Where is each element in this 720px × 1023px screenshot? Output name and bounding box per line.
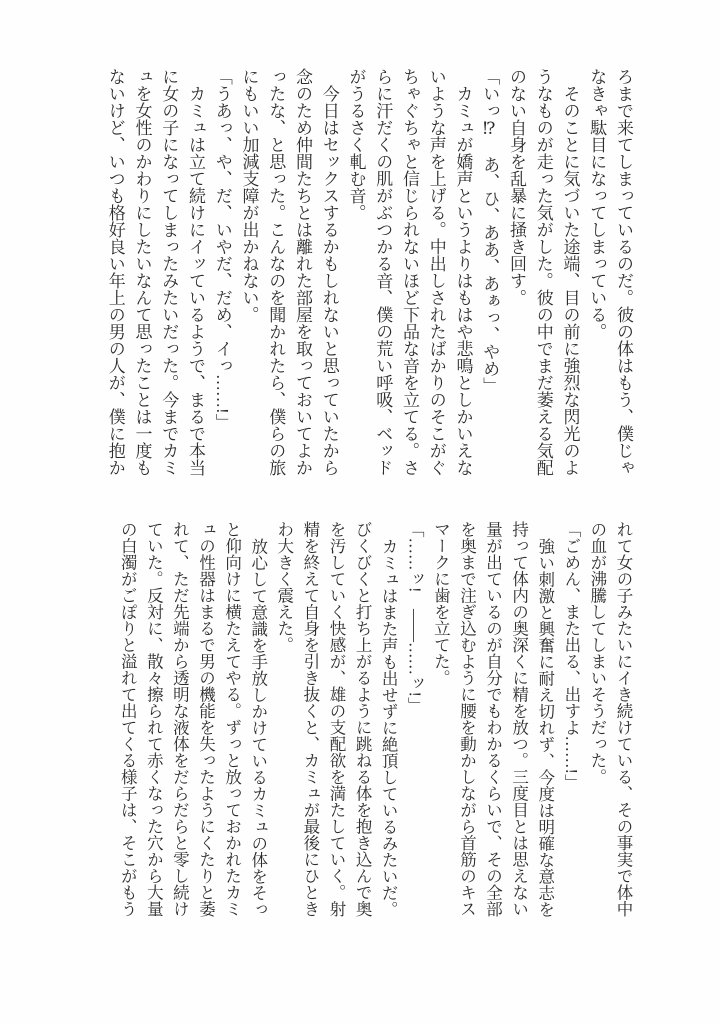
book-page: ろまで来てしまっているのだ。彼の体はもう、僕じゃ なきゃ駄目になってしまっている… <box>0 0 720 1023</box>
text-line: にもいい加減支障が出かねない。 <box>235 68 262 482</box>
text-line: ていた。反対に、散々擦られて赤くなった穴から大量 <box>140 521 166 923</box>
text-line: に女の子になってしまったみたいだった。今までカミ <box>155 68 182 482</box>
text-line: カミュが嬌声というよりはもはや悲鳴としかいえな <box>449 68 476 482</box>
text-line: の白濁がごぽりと溢れて出てくる様子は、そこがもう <box>114 521 140 923</box>
text-line: 今日はセックスするかもしれないと思っていたから <box>315 68 342 482</box>
text-line: を汚していく快感が、雄の支配欲を満たしていく。射 <box>323 521 349 923</box>
text-line: わ大きく震えた。 <box>271 521 297 923</box>
text-line: うなものが走った気がした。彼の中でまだ萎える気配 <box>529 68 556 482</box>
text-line: れて、ただ先端から透明な液体をだらだらと零し続け <box>166 521 192 923</box>
text-line: ないけど、いつも格好良い年上の男の人が、僕に抱か <box>101 68 128 482</box>
top-text-block: ろまで来てしまっているのだ。彼の体はもう、僕じゃ なきゃ駄目になってしまっている… <box>101 68 636 482</box>
text-line: ったな、と思った。こんなのを聞かれたら、僕らの旅 <box>262 68 289 482</box>
text-line: 精を終えて自身を引き抜くと、カミュが最後にひとき <box>297 521 323 923</box>
text-line: なきゃ駄目になってしまっている。 <box>583 68 610 482</box>
text-line: いような声を上げる。中出しされたばかりのそこがぐ <box>422 68 449 482</box>
dialogue-line: 「うあっ、や、だ、いやだ、だめ、イっ……!」 <box>208 68 235 482</box>
dialogue-line: 「ごめん、また出る、出すよ……!」 <box>558 521 584 923</box>
text-line: ちゃぐちゃと信じられないほど下品な音を立てる。さ <box>395 68 422 482</box>
text-line: ろまで来てしまっているのだ。彼の体はもう、僕じゃ <box>609 68 636 482</box>
bottom-text-block: れて女の子みたいにイき続けている、その事実で体中 の血が沸騰してしまいそうだった… <box>114 521 636 923</box>
text-line: の血が沸騰してしまいそうだった。 <box>584 521 610 923</box>
text-line: マークに歯を立てた。 <box>427 521 453 923</box>
text-line: 量が出ているのが自分でもわかるくらいで、その全部 <box>479 521 505 923</box>
text-line: カミュはまた声も出せずに絶頂しているみたいだ。 <box>375 521 401 923</box>
text-line: 念のため仲間たちとは離れた部屋を取っておいてよか <box>288 68 315 482</box>
text-line: がうるさく軋む音。 <box>342 68 369 482</box>
text-line: を奥まで注ぎ込むように腰を動かしながら首筋のキス <box>453 521 479 923</box>
text-line: らに汗だくの肌がぶつかる音、僕の荒い呼吸、ベッド <box>369 68 396 482</box>
text-line: ュを女性のかわりにしたいなんて思ったことは一度も <box>128 68 155 482</box>
text-line: 持って体内の奥深くに精を放つ。三度目とは思えない <box>506 521 532 923</box>
text-line: と仰向けに横たえてやる。ずっと放っておかれたカミ <box>219 521 245 923</box>
dialogue-line: 「……ッ! ――……ッ!」 <box>401 521 427 923</box>
text-line: 強い刺激と興奮に耐え切れず、今度は明確な意志を <box>532 521 558 923</box>
text-line: れて女の子みたいにイき続けている、その事実で体中 <box>610 521 636 923</box>
text-line: カミュは立て続けにイッているようで、まるで本当 <box>181 68 208 482</box>
dialogue-line: 「いっ⁉ あ、ひ、ああ、あぁっ、やめ」 <box>476 68 503 482</box>
text-line: びくびくと打ち上がるように跳ねる体を抱き込んで奥 <box>349 521 375 923</box>
text-line: のない自身を乱暴に掻き回す。 <box>502 68 529 482</box>
text-line: 放心して意識を手放しかけているカミュの体をそっ <box>245 521 271 923</box>
text-line: ュの性器はまるで男の機能を失ったようにくたりと萎 <box>192 521 218 923</box>
text-line: そのことに気づいた途端、目の前に強烈な閃光のよ <box>556 68 583 482</box>
